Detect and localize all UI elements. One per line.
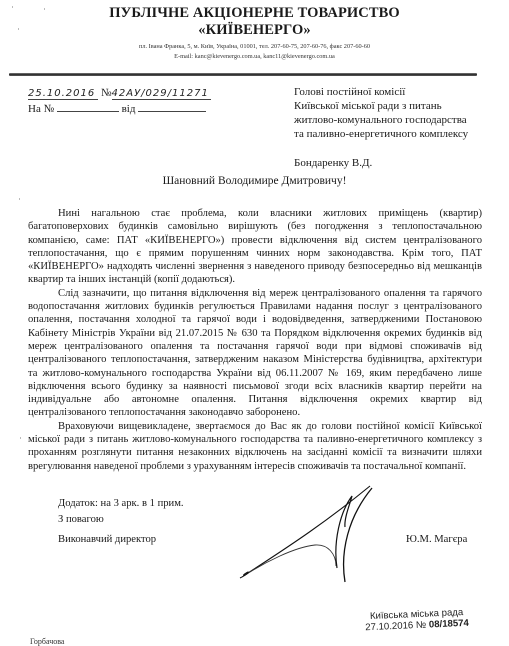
stamp-number-label: №	[416, 620, 427, 631]
org-email: E-mail: kanc@kievenergo.com.ua, kanc11@k…	[0, 52, 509, 62]
addressee-block: Голові постійної комісії Київської міськ…	[294, 85, 509, 170]
executor-name: Горбачова	[30, 637, 64, 646]
letterhead-divider	[9, 73, 477, 76]
addressee-line: житлово-комунального господарства	[294, 113, 509, 127]
addressee-line: Голові постійної комісії	[294, 85, 509, 99]
letter-body: Нині нагальною стає проблема, коли власн…	[28, 207, 482, 473]
number-sign: №	[101, 87, 112, 99]
addressee-line: та паливно-енергетичного комплексу	[294, 127, 509, 141]
org-name-line: «КИЇВЕНЕРГО»	[0, 22, 509, 39]
addressee-line: Київської міської ради з питань	[294, 99, 509, 113]
scan-speck	[18, 28, 19, 30]
scan-speck	[12, 6, 13, 8]
letterhead-contacts: пл. Івана Франка, 5, м. Київ, Україна, 0…	[0, 42, 509, 62]
body-paragraph: Нині нагальною стає проблема, коли власн…	[28, 207, 482, 287]
attachment-note: Додаток: на 3 арк. в 1 прим.	[58, 498, 184, 509]
outgoing-number: 42АУ/029/11271	[112, 88, 211, 100]
body-paragraph: Слід зазначити, що питання відключення в…	[28, 287, 482, 420]
reply-to-date-blank	[138, 101, 206, 112]
body-paragraph: Враховуючи вищевикладене, звертаємося до…	[28, 420, 482, 473]
signatory-position: Виконавчий директор	[58, 534, 156, 545]
signatory-name: Ю.М. Магєра	[406, 534, 467, 545]
salutation: Шановний Володимире Дмитровичу!	[0, 175, 509, 187]
outgoing-reference: 25.10.2016 №42АУ/029/11271 На № від	[28, 86, 211, 116]
from-label: від	[122, 103, 136, 115]
scan-speck	[20, 437, 21, 439]
stamp-date: 27.10.2016	[365, 620, 413, 633]
addressee-name: Бондаренку В.Д.	[294, 156, 509, 170]
outgoing-number-line: 25.10.2016 №42АУ/029/11271	[28, 86, 211, 101]
reply-to-number-blank	[57, 101, 119, 112]
scan-speck	[44, 8, 45, 10]
reply-to-label: На №	[28, 103, 54, 115]
reply-to-line: На № від	[28, 101, 211, 116]
scan-speck	[19, 198, 20, 200]
registration-stamp: Київська міська рада 27.10.2016 № 08/185…	[365, 607, 470, 634]
stamp-number: 08/18574	[429, 618, 469, 631]
handwritten-signature	[220, 482, 380, 597]
closing-regards: З повагою	[58, 514, 104, 525]
outgoing-date: 25.10.2016	[28, 88, 98, 100]
org-address: пл. Івана Франка, 5, м. Київ, Україна, 0…	[0, 42, 509, 52]
org-type-line: ПУБЛІЧНЕ АКЦІОНЕРНЕ ТОВАРИСТВО	[0, 5, 509, 22]
letterhead-org-name: ПУБЛІЧНЕ АКЦІОНЕРНЕ ТОВАРИСТВО «КИЇВЕНЕР…	[0, 5, 509, 39]
